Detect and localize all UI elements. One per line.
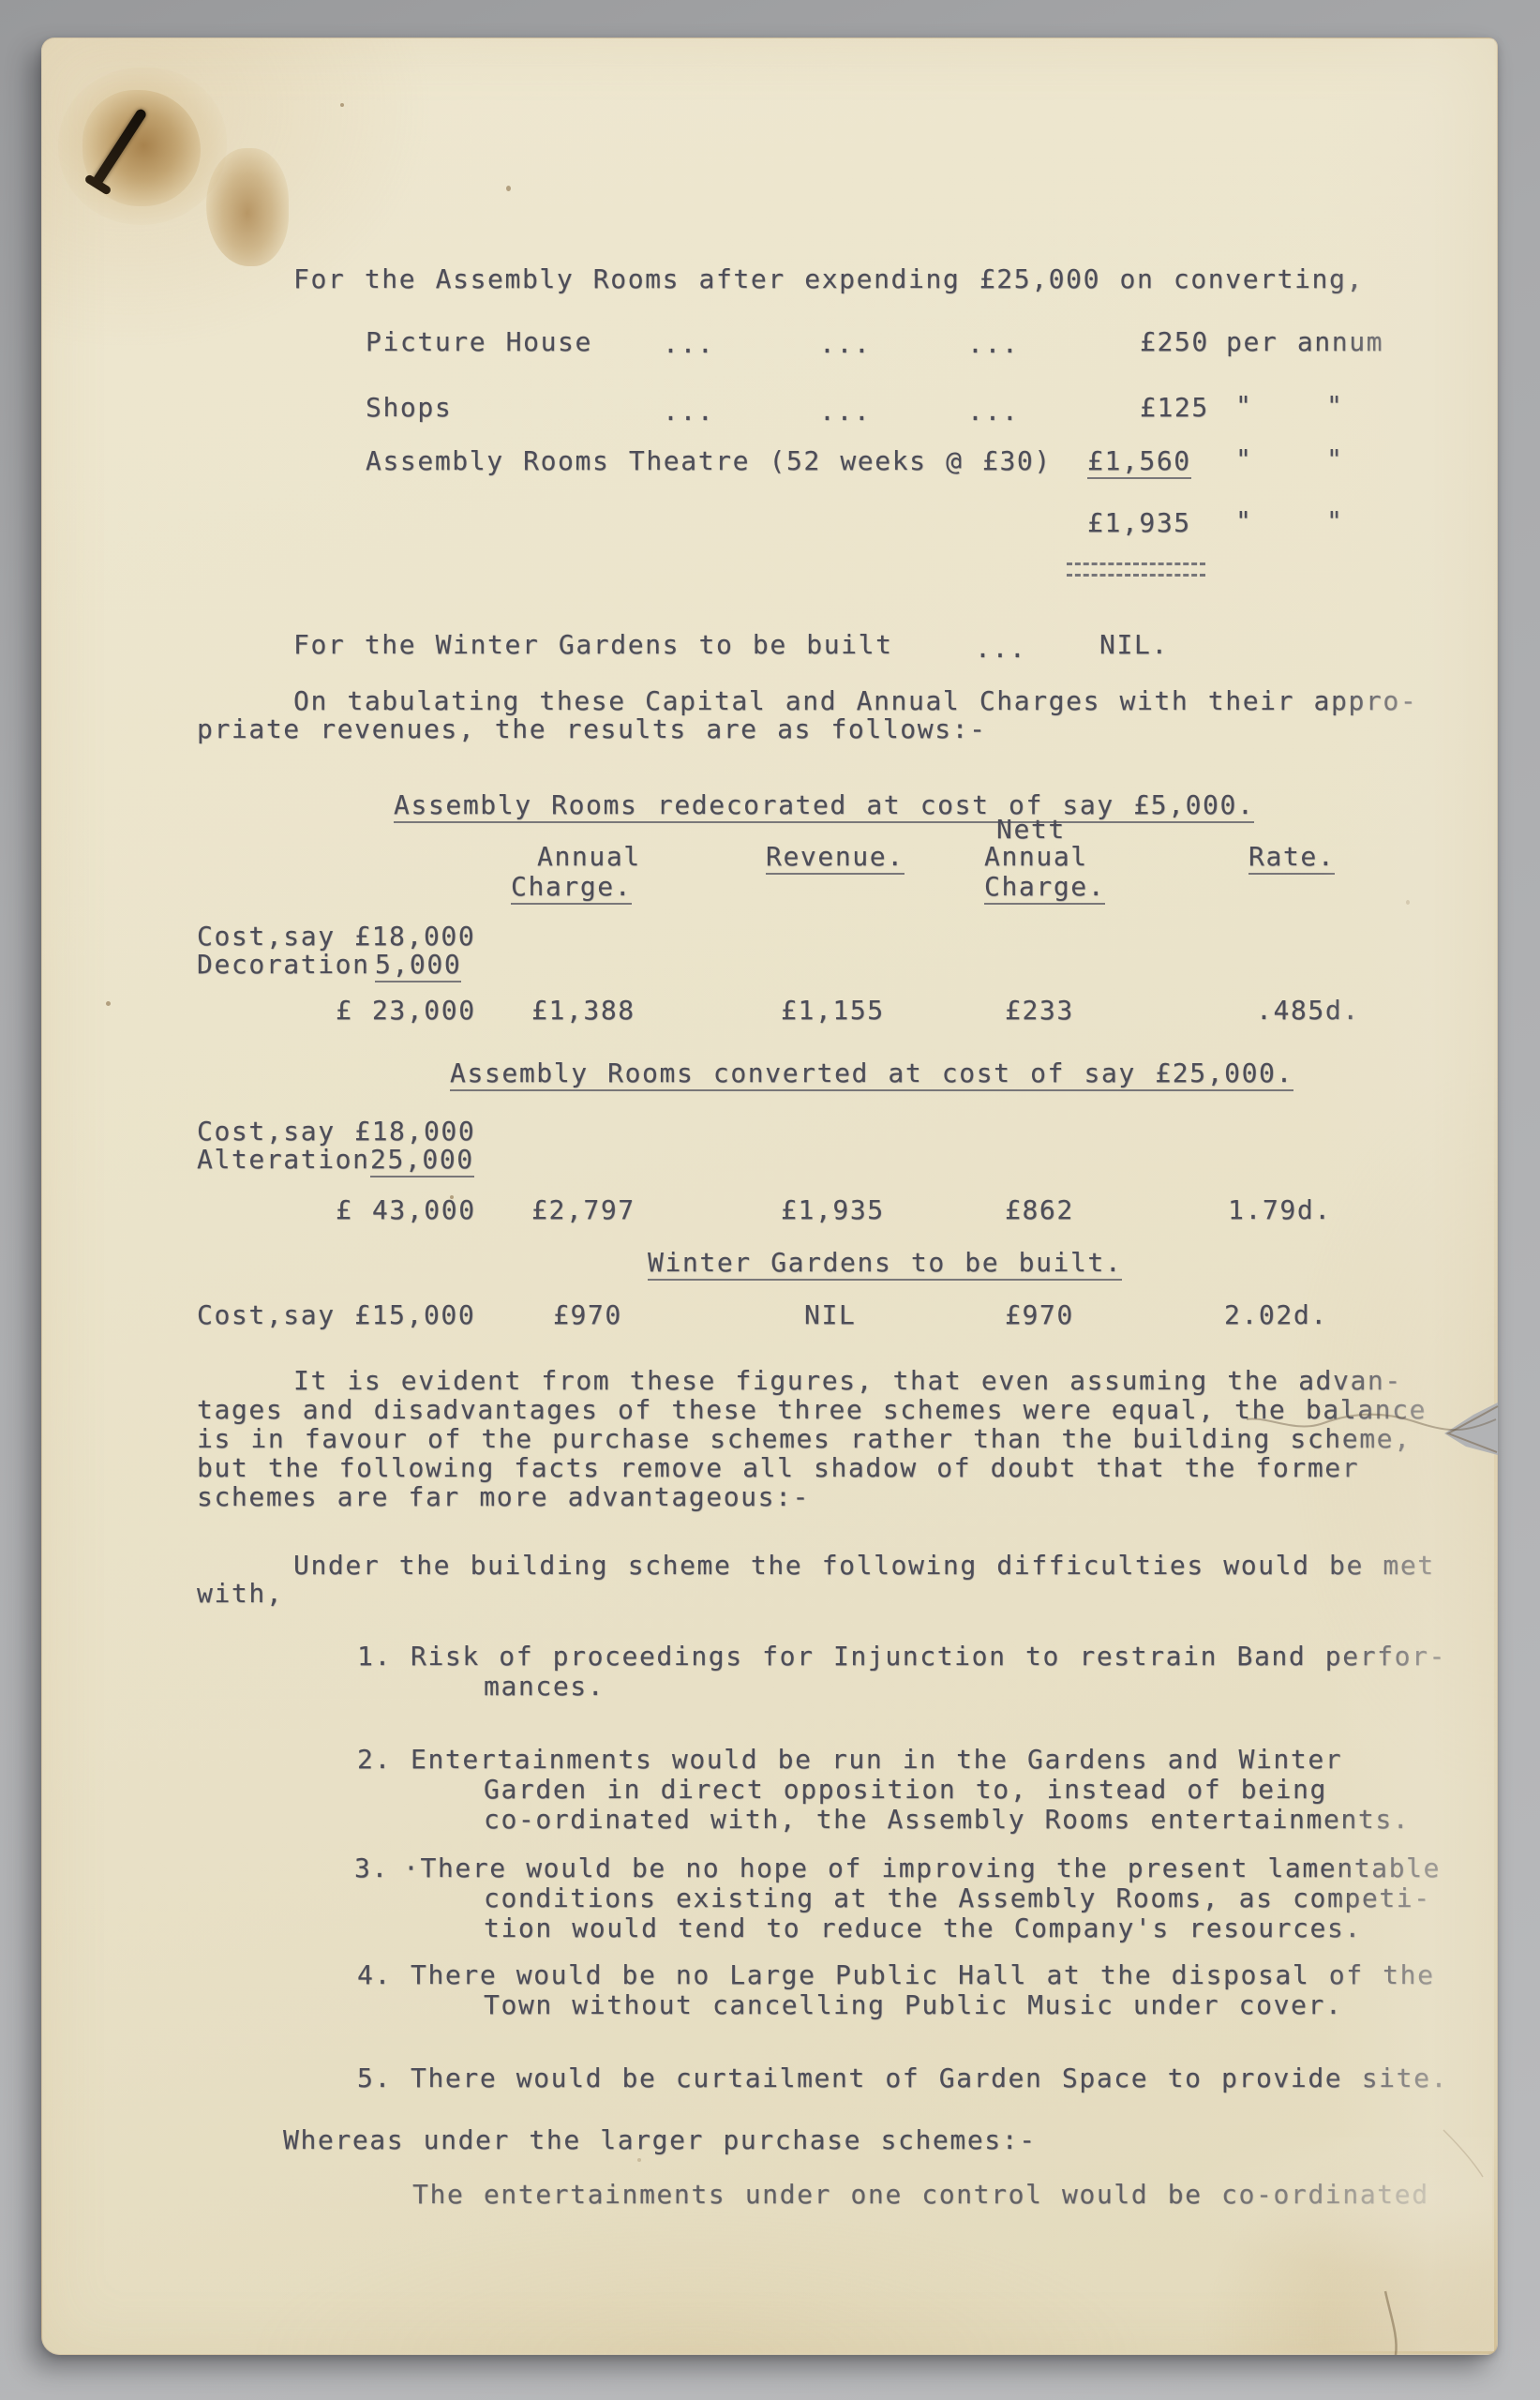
- schedule-total: £1,935: [1087, 509, 1191, 536]
- paragraph-line: schemes are far more advantageous:-: [197, 1483, 810, 1510]
- row-revenue: £1,155: [781, 997, 885, 1024]
- list-item-line: ·There would be no hope of improving the…: [403, 1854, 1441, 1882]
- total-double-rule: [1067, 562, 1205, 577]
- list-item-line: Garden in direct opposition to, instead …: [484, 1776, 1327, 1803]
- list-item-line: Town without cancelling Public Music und…: [484, 1991, 1342, 2018]
- fly-speck: [506, 186, 511, 191]
- fly-speck: [106, 1001, 111, 1006]
- paragraph-line: but the following facts remove all shado…: [197, 1454, 1359, 1481]
- fly-speck: [340, 103, 344, 107]
- leader-dots: ...: [663, 330, 714, 357]
- list-item-number: 5.: [357, 2064, 392, 2092]
- paragraph-line: It is evident from these figures, that e…: [293, 1367, 1402, 1394]
- cost-line: Cost,say £18,000: [197, 922, 475, 950]
- scanned-document-page: For the Assembly Rooms after expending £…: [0, 0, 1540, 2400]
- schedule-label: Assembly Rooms Theatre (52 weeks @ £30): [366, 447, 1052, 474]
- column-header-nett: Nett: [996, 816, 1066, 843]
- list-item-line: mances.: [484, 1672, 605, 1700]
- row-nett-charge: £970: [1005, 1301, 1074, 1328]
- extra-cost-value: 5,000: [375, 951, 461, 982]
- column-header-charge: Charge.: [511, 873, 632, 905]
- paragraph-line: tages and disadvantages of these three s…: [197, 1396, 1427, 1423]
- schedule-amount: £250: [1140, 328, 1209, 355]
- section-heading: Assembly Rooms redecorated at cost of sa…: [394, 791, 1254, 823]
- cost-line: Cost,say £18,000: [197, 1117, 475, 1145]
- leader-dots: ...: [819, 330, 871, 357]
- fly-speck: [1406, 900, 1410, 905]
- list-item-line: conditions existing at the Assembly Room…: [484, 1884, 1431, 1912]
- leader-dots: ...: [819, 397, 871, 425]
- ditto-mark: ": [1326, 392, 1343, 419]
- ditto-mark: ": [1235, 507, 1252, 534]
- winter-gardens-label: For the Winter Gardens to be built: [293, 631, 893, 658]
- ditto-mark: ": [1326, 445, 1343, 472]
- list-item-number: 4.: [357, 1961, 392, 1988]
- column-header-nett-annual: Annual: [984, 843, 1088, 870]
- list-item-line: co-ordinated with, the Assembly Rooms en…: [484, 1806, 1410, 1833]
- fly-speck: [637, 2158, 641, 2162]
- list-item-line: Entertainments would be run in the Garde…: [411, 1746, 1342, 1773]
- row-rate: .485d.: [1256, 997, 1360, 1024]
- row-annual-charge: £970: [553, 1301, 622, 1328]
- schedule-amount-underlined: £1,560: [1087, 447, 1191, 479]
- leader-dots: ...: [975, 635, 1026, 662]
- extra-cost-label: Decoration: [197, 951, 370, 978]
- row-nett-charge: £862: [1005, 1196, 1074, 1223]
- schedule-label: Shops: [366, 394, 452, 421]
- list-item-line: tion would tend to reduce the Company's …: [484, 1914, 1362, 1942]
- row-rate: 2.02d.: [1224, 1301, 1328, 1328]
- ditto-mark: ": [1326, 507, 1343, 534]
- intro-line: For the Assembly Rooms after expending £…: [293, 265, 1364, 292]
- row-capital: £ 43,000: [336, 1196, 476, 1223]
- whereas-line: Whereas under the larger purchase scheme…: [283, 2126, 1037, 2153]
- section-heading: Winter Gardens to be built.: [648, 1249, 1122, 1281]
- row-annual-charge: £1,388: [531, 997, 635, 1024]
- paragraph-line: is in favour of the purchase schemes rat…: [197, 1425, 1412, 1452]
- column-header-charge: Charge.: [984, 873, 1105, 905]
- ditto-mark: ": [1235, 392, 1252, 419]
- column-header-revenue: Revenue.: [766, 843, 905, 875]
- row-rate: 1.79d.: [1228, 1196, 1332, 1223]
- ditto-mark: ": [1235, 445, 1252, 472]
- row-capital: £ 23,000: [336, 997, 476, 1024]
- paragraph-line: On tabulating these Capital and Annual C…: [293, 687, 1417, 714]
- schedule-label: Picture House: [366, 328, 592, 355]
- leader-dots: ...: [663, 397, 714, 425]
- list-item-number: 1.: [357, 1642, 392, 1670]
- leader-dots: ...: [967, 397, 1019, 425]
- paragraph-line: with,: [197, 1580, 283, 1607]
- paragraph-line: priate revenues, the results are as foll…: [197, 715, 987, 742]
- column-header-annual: Annual: [537, 843, 641, 870]
- leader-dots: ...: [967, 330, 1019, 357]
- closing-line: The entertainments under one control wou…: [412, 2181, 1429, 2208]
- schedule-amount: £125: [1140, 394, 1209, 421]
- extra-cost-label: Alteration: [197, 1146, 370, 1173]
- paragraph-line: Under the building scheme the following …: [293, 1552, 1435, 1579]
- list-item-number: 3.: [354, 1854, 389, 1882]
- list-item-line: Risk of proceedings for Injunction to re…: [411, 1642, 1446, 1670]
- section-heading: Assembly Rooms converted at cost of say …: [450, 1059, 1293, 1091]
- row-revenue: NIL: [804, 1301, 856, 1328]
- per-annum-label: per annum: [1226, 328, 1383, 355]
- column-header-rate: Rate.: [1248, 843, 1335, 875]
- extra-cost-value: 25,000: [370, 1146, 474, 1177]
- list-item-line: There would be curtailment of Garden Spa…: [411, 2064, 1448, 2092]
- row-capital: Cost,say £15,000: [197, 1301, 475, 1328]
- list-item-line: There would be no Large Public Hall at t…: [411, 1961, 1435, 1988]
- row-annual-charge: £2,797: [531, 1196, 635, 1223]
- winter-gardens-value: NIL.: [1099, 631, 1169, 658]
- row-nett-charge: £233: [1005, 997, 1074, 1024]
- row-revenue: £1,935: [781, 1196, 885, 1223]
- list-item-number: 2.: [357, 1746, 392, 1773]
